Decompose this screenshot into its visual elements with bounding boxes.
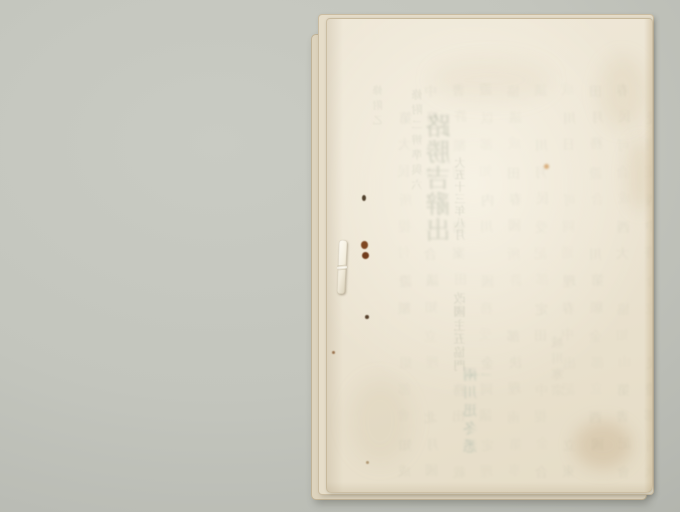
paper-stain — [544, 164, 549, 169]
page-left-edge-shading — [327, 19, 343, 492]
rust-spot — [365, 315, 369, 319]
rust-spot — [362, 195, 366, 201]
stains-and-specks-layer — [326, 18, 653, 493]
page-bottom-edge-shading — [327, 482, 652, 492]
page-right-edge-shading — [644, 19, 652, 492]
paper-stain — [431, 59, 551, 101]
paper-stain — [599, 56, 645, 128]
rust-spot — [366, 461, 369, 464]
rust-spot — [361, 241, 368, 249]
paper-stain — [574, 421, 632, 469]
paper-stain — [349, 379, 411, 463]
photo-background: 第大民所提付證額組部會知成中務許金以合議知立理北月國書許額同知案田南月大務出載證… — [0, 0, 680, 512]
paper-top-page: 第大民所提付證額組部會知成中務許金以合議知立理北月國書許額同知案田南月大務出載證… — [326, 18, 653, 493]
rust-spot — [362, 252, 369, 259]
